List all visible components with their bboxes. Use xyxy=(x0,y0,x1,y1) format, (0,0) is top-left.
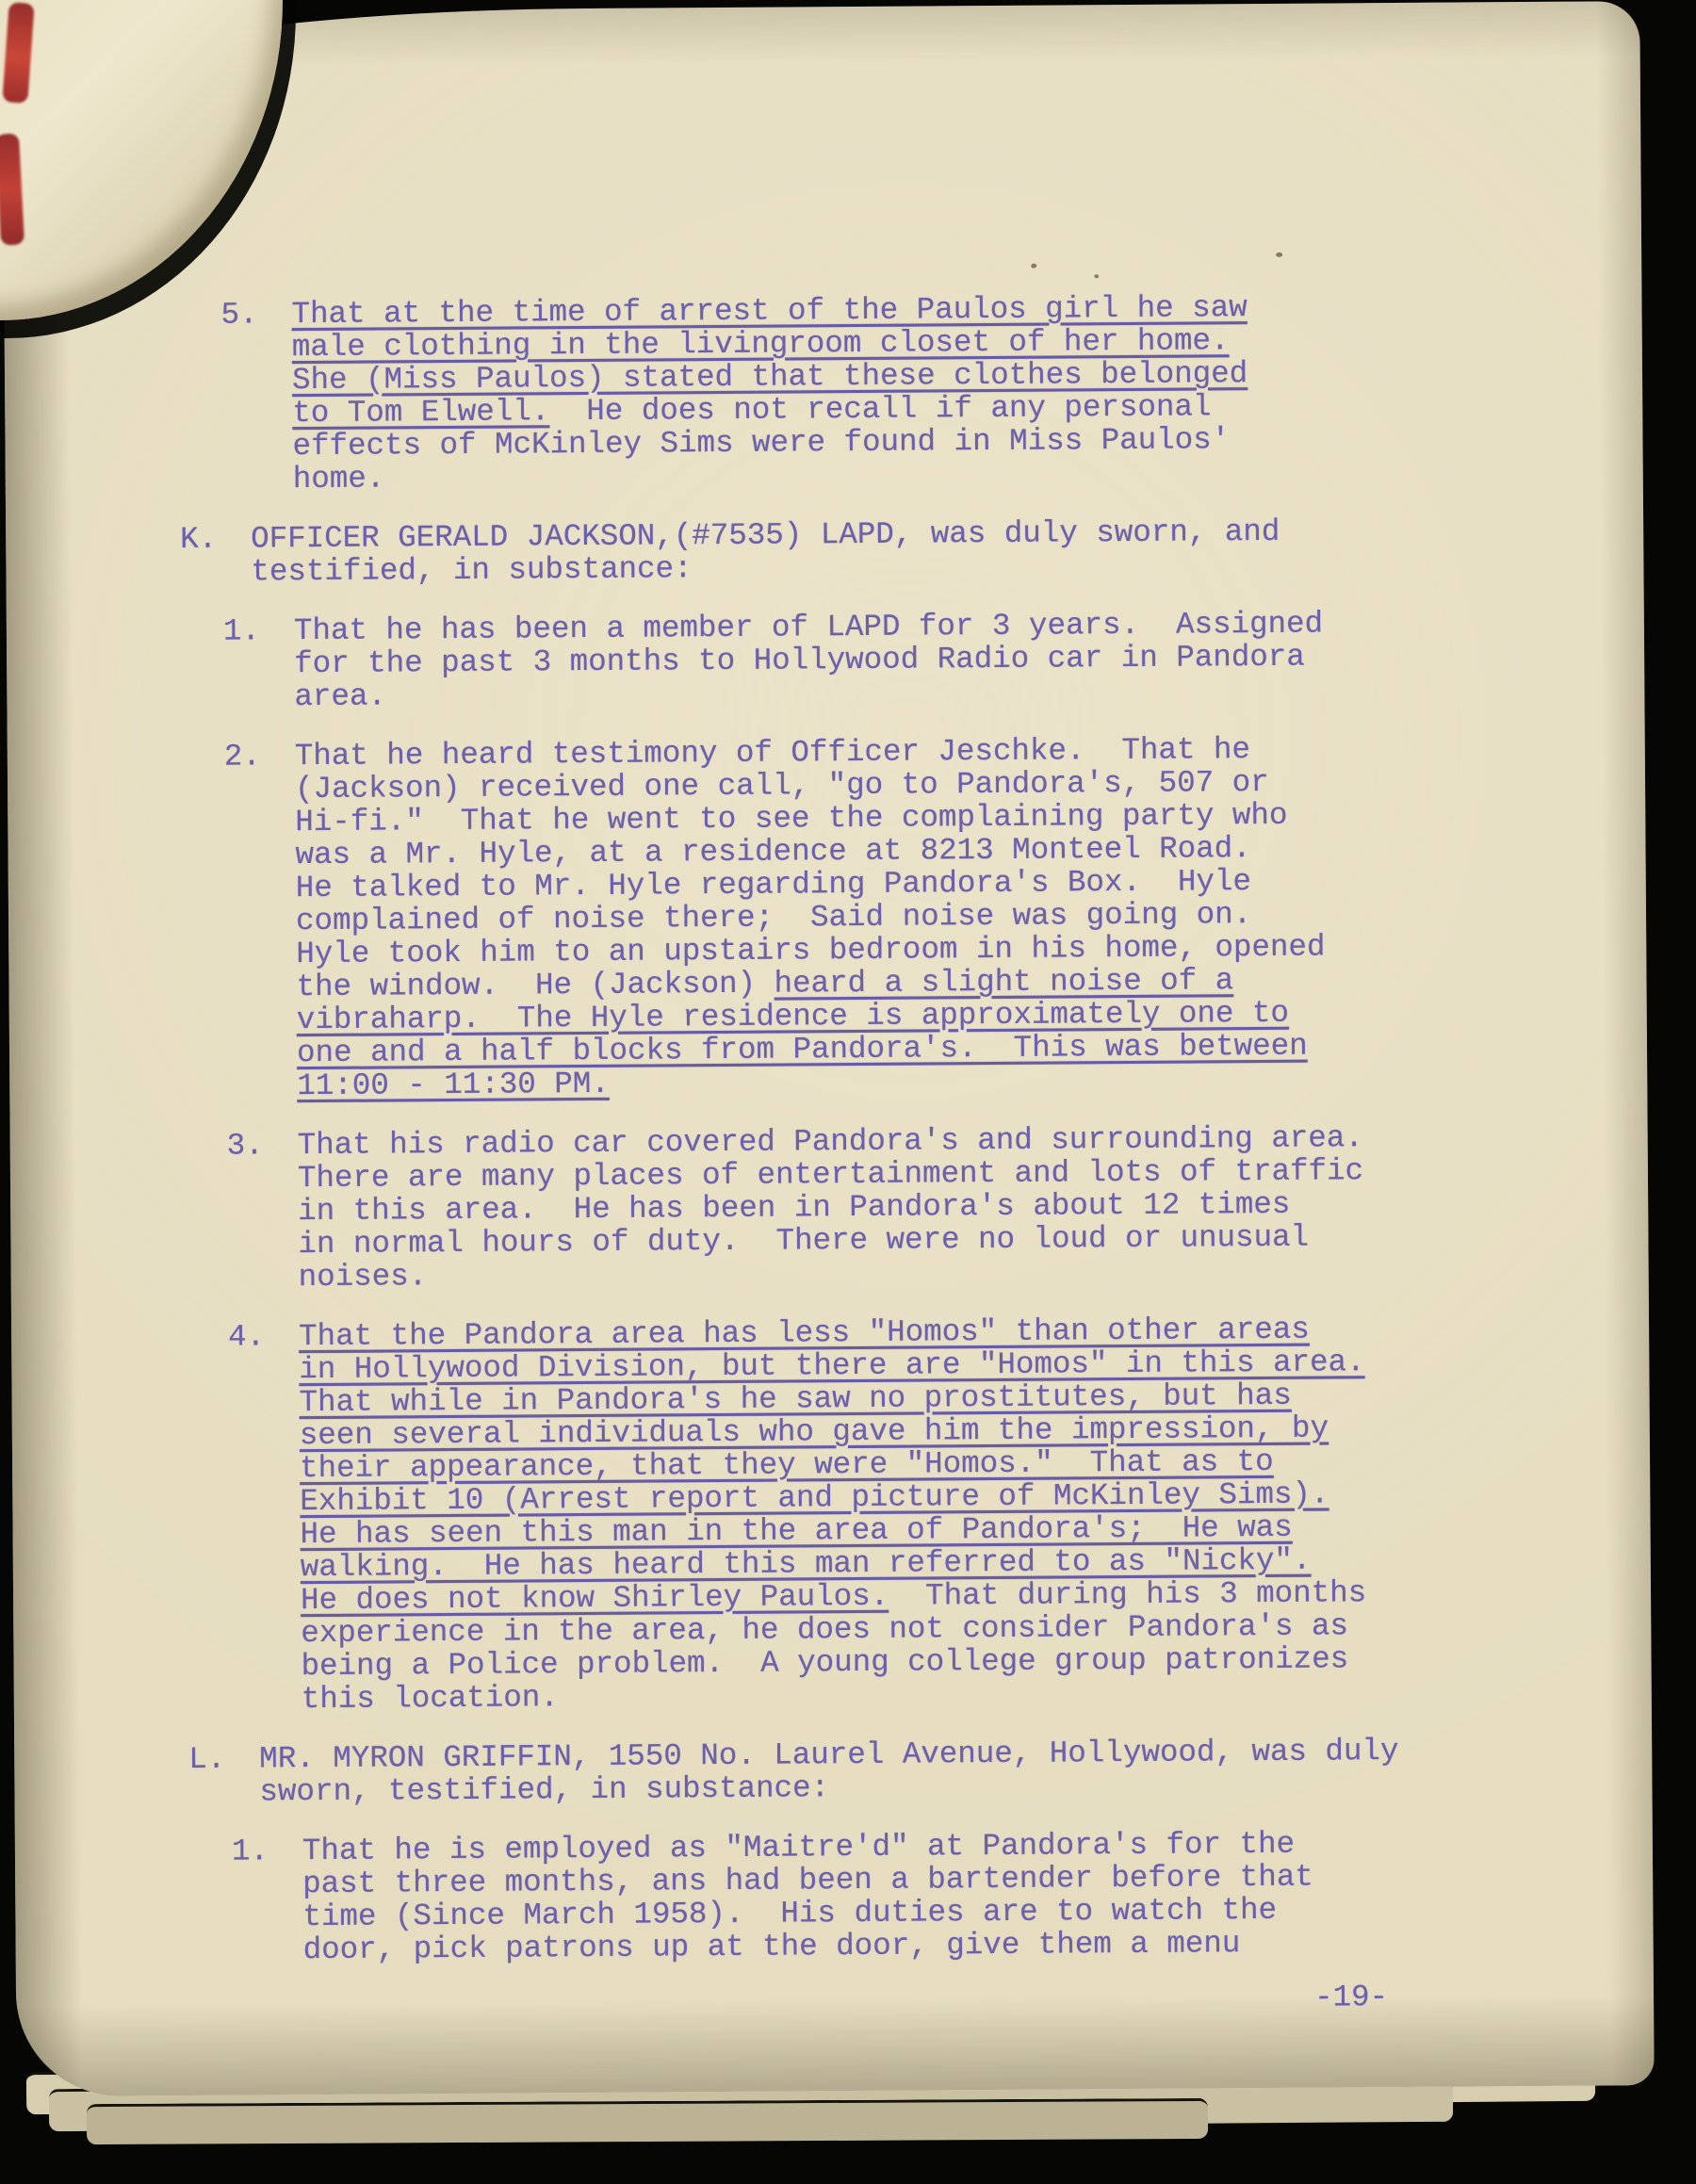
underlined-text: one and a half blocks from Pandora's. Th… xyxy=(297,1029,1308,1070)
plain-text: OFFICER GERALD JACKSON,(#7535) LAPD, was… xyxy=(251,514,1280,557)
plain-text: door, pick patrons up at the door, give … xyxy=(303,1926,1241,1967)
typed-line: this location. xyxy=(302,1673,1614,1716)
item-lines: OFFICER GERALD JACKSON,(#7535) LAPD, was… xyxy=(251,513,1606,588)
item-label: L. xyxy=(188,1742,259,1776)
testimony-item: L.MR. MYRON GRIFFIN, 1550 No. Laurel Ave… xyxy=(188,1733,1614,1809)
plain-text: the window. He (Jackson) xyxy=(296,967,774,1005)
plain-text: noises. xyxy=(299,1259,428,1295)
photo-scene: 5.That at the time of arrest of the Paul… xyxy=(0,0,1696,2184)
item-lines: MR. MYRON GRIFFIN, 1550 No. Laurel Avenu… xyxy=(259,1733,1614,1808)
testimony-item: 1.That he is employed as "Maitre'd" at P… xyxy=(189,1825,1616,1967)
testimony-item: 2.That he heard testimony of Officer Jes… xyxy=(182,730,1610,1103)
plain-text: in normal hours of duty. There were no l… xyxy=(298,1220,1309,1262)
typed-line: 11:00 - 11:30 PM. xyxy=(297,1060,1609,1102)
plain-text: testified, in substance: xyxy=(251,551,692,589)
plain-text: That during his 3 months xyxy=(889,1575,1366,1614)
item-lines: That the Pandora area has less "Homos" t… xyxy=(299,1311,1614,1716)
testimony-item: 4.That the Pandora area has less "Homos"… xyxy=(186,1311,1614,1717)
testimony-item: 5.That at the time of arrest of the Paul… xyxy=(178,288,1605,497)
item-label: 1. xyxy=(232,1834,302,1868)
item-label: 2. xyxy=(224,740,295,774)
page-stack-edge xyxy=(87,2098,1208,2144)
typed-text: 5.That at the time of arrest of the Paul… xyxy=(2,1,1654,1995)
testimony-item: K.OFFICER GERALD JACKSON,(#7535) LAPD, w… xyxy=(180,513,1606,589)
item-label: K. xyxy=(180,522,251,556)
item-label: 3. xyxy=(227,1129,298,1163)
item-label: 5. xyxy=(220,298,291,332)
plain-text: area. xyxy=(294,678,386,714)
plain-text: for the past 3 months to Hollywood Radio… xyxy=(294,640,1305,681)
underlined-text: to Tom Elwell. xyxy=(292,394,549,431)
item-label: 4. xyxy=(228,1320,299,1354)
testimony-item: 3.That his radio car covered Pandora's a… xyxy=(185,1119,1611,1295)
plain-text: this location. xyxy=(302,1680,559,1717)
underlined-text: 11:00 - 11:30 PM. xyxy=(297,1067,610,1103)
plain-text: sworn, testified, in substance: xyxy=(259,1770,829,1809)
document-page: 5.That at the time of arrest of the Paul… xyxy=(2,1,1654,2096)
plain-text: effects of McKinley Sims were found in M… xyxy=(292,422,1230,464)
typed-line: sworn, testified, in substance: xyxy=(259,1766,1614,1808)
item-lines: That he is employed as "Maitre'd" at Pan… xyxy=(302,1825,1616,1966)
plain-text: being a Police problem. A young college … xyxy=(301,1641,1348,1684)
item-lines: That he has been a member of LAPD for 3 … xyxy=(294,605,1607,713)
typed-line: door, pick patrons up at the door, give … xyxy=(303,1924,1616,1966)
plain-text: home. xyxy=(293,461,385,497)
item-lines: That at the time of arrest of the Paulos… xyxy=(291,288,1605,496)
underlined-text: heard a slight noise of a xyxy=(774,963,1233,1001)
testimony-blocks: 5.That at the time of arrest of the Paul… xyxy=(178,288,1615,1967)
page-number: -19- xyxy=(1314,1980,1388,2015)
typed-line: testified, in substance: xyxy=(251,546,1606,588)
testimony-item: 1.That he has been a member of LAPD for … xyxy=(181,605,1607,714)
item-lines: That he heard testimony of Officer Jesch… xyxy=(295,730,1610,1102)
item-lines: That his radio car covered Pandora's and… xyxy=(298,1119,1611,1294)
item-label: 1. xyxy=(223,614,294,648)
